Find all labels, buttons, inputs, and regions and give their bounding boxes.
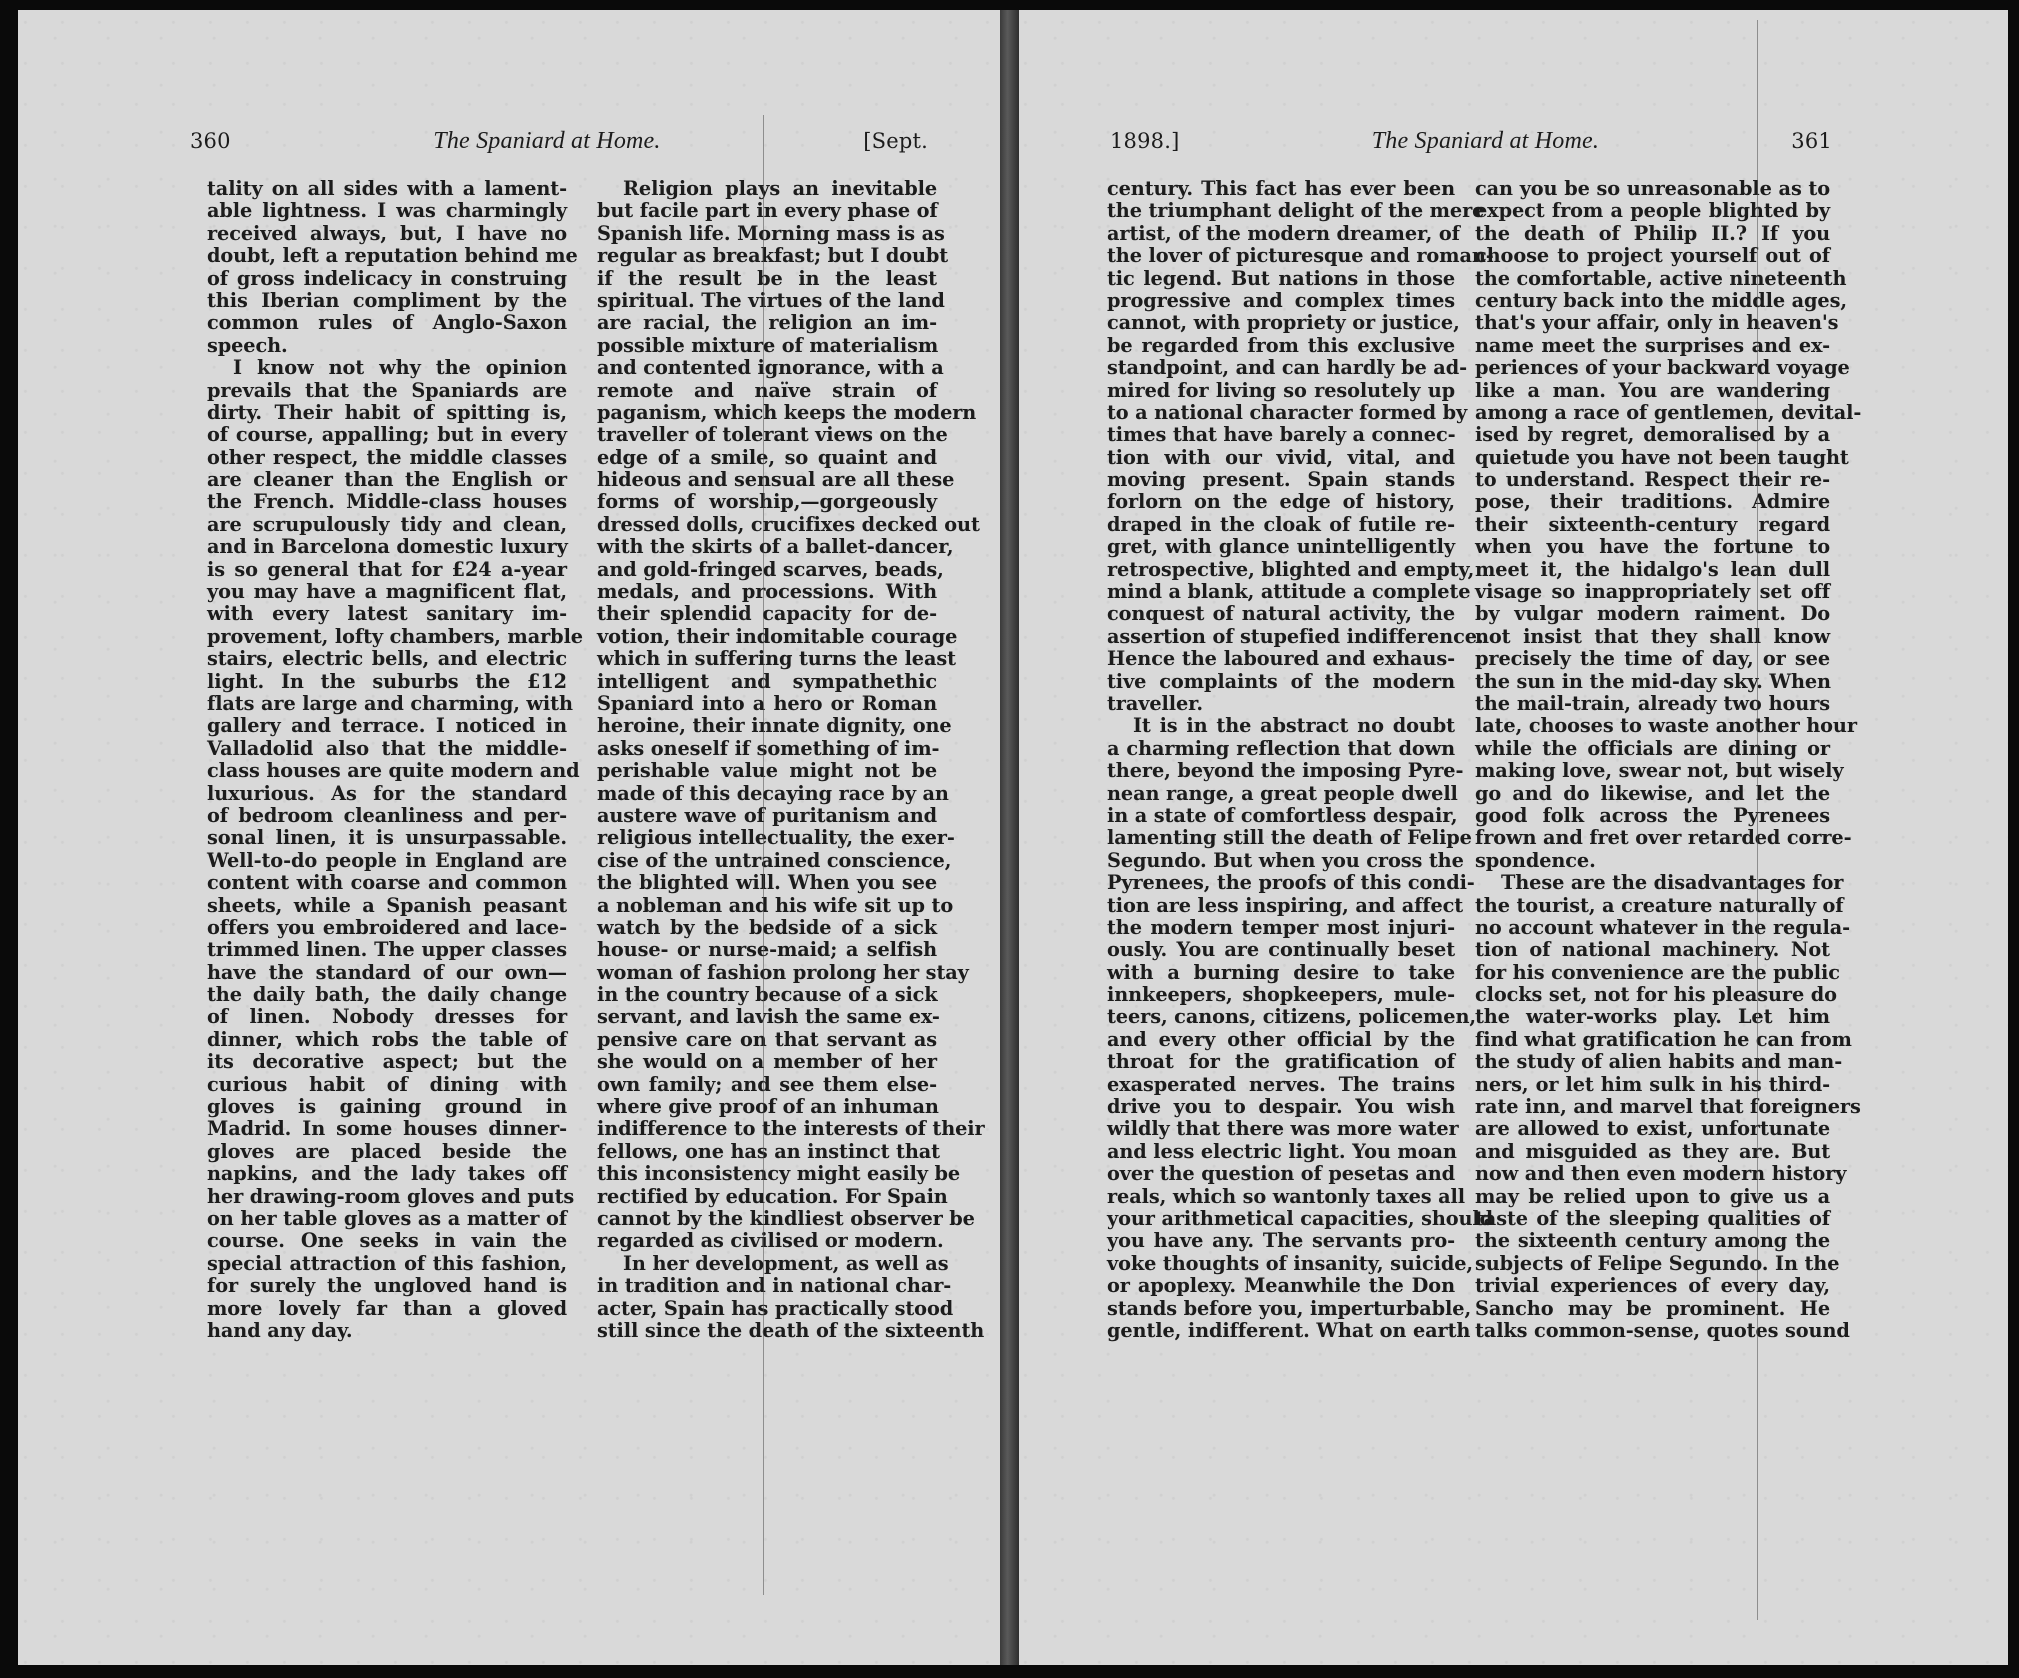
text-line: class houses are quite modern and: [207, 760, 567, 782]
text-line: but facile part in every phase of: [597, 200, 937, 222]
text-line: traveller of tolerant views on the: [597, 424, 937, 446]
text-line: where give proof of an inhuman: [597, 1096, 937, 1118]
text-line: pose, their traditions. Admire: [1475, 491, 1830, 513]
text-line: taste of the sleeping qualities of: [1475, 1208, 1830, 1230]
text-line: mired for living so resolutely up: [1107, 380, 1455, 402]
text-line: may be relied upon to give us a: [1475, 1186, 1830, 1208]
text-line: wildly that there was more water: [1107, 1118, 1455, 1140]
text-line: curious habit of dining with: [207, 1074, 567, 1096]
text-line: speech.: [207, 335, 567, 357]
text-line: with a burning desire to take: [1107, 962, 1455, 984]
text-line: in tradition and in national char-: [597, 1275, 937, 1297]
text-line: precisely the time of day, or see: [1475, 648, 1830, 670]
text-line: are scrupulously tidy and clean,: [207, 514, 567, 536]
text-line: innkeepers, shopkeepers, mule-: [1107, 984, 1455, 1006]
text-line: quietude you have not been taught: [1475, 447, 1830, 469]
text-line: made of this decaying race by an: [597, 783, 937, 805]
text-line: voke thoughts of insanity, suicide,: [1107, 1253, 1455, 1275]
text-line: votion, their indomitable courage: [597, 626, 937, 648]
text-line: content with coarse and common: [207, 872, 567, 894]
text-line: times that have barely a connec-: [1107, 424, 1455, 446]
text-line: artist, of the modern dreamer, of: [1107, 223, 1455, 245]
text-line: not insist that they shall know: [1475, 626, 1830, 648]
text-line: the death of Philip II.? If you: [1475, 223, 1830, 245]
text-line: In her development, as well as: [597, 1253, 937, 1275]
text-line: there, beyond the imposing Pyre-: [1107, 760, 1455, 782]
text-line: late, chooses to waste another hour: [1475, 715, 1830, 737]
text-line: perishable value might not be: [597, 760, 937, 782]
text-line: other respect, the middle classes: [207, 447, 567, 469]
right-running-head: 1898.] The Spaniard at Home. 361: [1110, 128, 1832, 155]
text-line: if the result be in the least: [597, 268, 937, 290]
text-line: retrospective, blighted and empty,: [1107, 559, 1455, 581]
text-line: the water-works play. Let him: [1475, 1006, 1830, 1028]
text-column-left-1: tality on all sides with a lament-able l…: [207, 178, 567, 1342]
text-line: a charming reflection that down: [1107, 738, 1455, 760]
text-line: austere wave of puritanism and: [597, 805, 937, 827]
page-number-right: 361: [1791, 129, 1832, 153]
text-line: when you have the fortune to: [1475, 536, 1830, 558]
text-line: I know not why the opinion: [207, 357, 567, 379]
text-line: Sancho may be prominent. He: [1475, 1298, 1830, 1320]
text-line: trivial experiences of every day,: [1475, 1275, 1830, 1297]
text-column-right-1: century. This fact has ever beenthe triu…: [1107, 178, 1455, 1342]
text-line: drive you to despair. You wish: [1107, 1096, 1455, 1118]
text-line: choose to project yourself out of: [1475, 245, 1830, 267]
text-line: in the country because of a sick: [597, 984, 937, 1006]
text-line: forms of worship,—gorgeously: [597, 491, 937, 513]
text-line: the daily bath, the daily change: [207, 984, 567, 1006]
text-line: offers you embroidered and lace-: [207, 917, 567, 939]
text-line: Hence the laboured and exhaus-: [1107, 648, 1455, 670]
text-line: of course, appalling; but in every: [207, 424, 567, 446]
text-line: gret, with glance unintelligently: [1107, 536, 1455, 558]
text-line: remote and naïve strain of: [597, 380, 937, 402]
text-line: over the question of pesetas and: [1107, 1163, 1455, 1185]
text-line: draped in the cloak of futile re-: [1107, 514, 1455, 536]
text-line: Spaniard into a hero or Roman: [597, 693, 937, 715]
text-line: the study of alien habits and man-: [1475, 1051, 1830, 1073]
text-line: gloves is gaining ground in: [207, 1096, 567, 1118]
text-line: she would on a member of her: [597, 1051, 937, 1073]
text-line: own family; and see them else-: [597, 1074, 937, 1096]
text-line: you have any. The servants pro-: [1107, 1230, 1455, 1252]
text-line: provement, lofty chambers, marble: [207, 626, 567, 648]
text-line: the modern temper most injuri-: [1107, 917, 1455, 939]
text-line: assertion of stupefied indifference.: [1107, 626, 1455, 648]
text-line: dirty. Their habit of spitting is,: [207, 402, 567, 424]
text-line: teers, canons, citizens, policemen,: [1107, 1006, 1455, 1028]
text-line: religious intellectuality, the exer-: [597, 827, 937, 849]
text-column-left-2: Religion plays an inevitablebut facile p…: [597, 178, 937, 1342]
text-line: and contented ignorance, with a: [597, 357, 937, 379]
text-line: ised by regret, demoralised by a: [1475, 424, 1830, 446]
text-line: cise of the untrained conscience,: [597, 850, 937, 872]
text-line: name meet the surprises and ex-: [1475, 335, 1830, 357]
text-line: no account whatever in the regula-: [1475, 917, 1830, 939]
text-line: your arithmetical capacities, should: [1107, 1208, 1455, 1230]
text-line: sonal linen, it is unsurpassable.: [207, 827, 567, 849]
text-line: can you be so unreasonable as to: [1475, 178, 1830, 200]
text-line: acter, Spain has practically stood: [597, 1298, 937, 1320]
text-line: Valladolid also that the middle-: [207, 738, 567, 760]
text-line: napkins, and the lady takes off: [207, 1163, 567, 1185]
text-line: the French. Middle-class houses: [207, 491, 567, 513]
text-line: now and then even modern history: [1475, 1163, 1830, 1185]
text-line: luxurious. As for the standard: [207, 783, 567, 805]
text-line: dinner, which robs the table of: [207, 1029, 567, 1051]
text-line: moving present. Spain stands: [1107, 469, 1455, 491]
text-line: the comfortable, active nineteenth: [1475, 268, 1830, 290]
text-line: course. One seeks in vain the: [207, 1230, 567, 1252]
text-line: meet it, the hidalgo's lean dull: [1475, 559, 1830, 581]
text-line: intelligent and sympathethic: [597, 671, 937, 693]
text-line: century. This fact has ever been: [1107, 178, 1455, 200]
text-line: periences of your backward voyage: [1475, 357, 1830, 379]
text-line: to a national character formed by: [1107, 402, 1455, 424]
text-line: house- or nurse-maid; a selfish: [597, 939, 937, 961]
text-line: rectified by education. For Spain: [597, 1186, 937, 1208]
text-line: tion of national machinery. Not: [1475, 939, 1830, 961]
text-line: go and do likewise, and let the: [1475, 783, 1830, 805]
text-line: talks common-sense, quotes sound: [1475, 1320, 1830, 1342]
text-line: still since the death of the sixteenth: [597, 1320, 937, 1342]
text-line: have the standard of our own—: [207, 962, 567, 984]
text-line: regarded as civilised or modern.: [597, 1230, 937, 1252]
text-line: her drawing-room gloves and puts: [207, 1186, 567, 1208]
text-line: its decorative aspect; but the: [207, 1051, 567, 1073]
text-line: stairs, electric bells, and electric: [207, 648, 567, 670]
text-line: are cleaner than the English or: [207, 469, 567, 491]
text-line: tive complaints of the modern: [1107, 671, 1455, 693]
text-line: be regarded from this exclusive: [1107, 335, 1455, 357]
text-line: the blighted will. When you see: [597, 872, 937, 894]
scan-line-left: [763, 115, 764, 1595]
scan-line-right: [1757, 20, 1758, 1620]
text-line: by vulgar modern raiment. Do: [1475, 603, 1830, 625]
text-line: good folk across the Pyrenees: [1475, 805, 1830, 827]
text-line: is so general that for £24 a-year: [207, 559, 567, 581]
text-line: spiritual. The virtues of the land: [597, 290, 937, 312]
page-number-left: 360: [190, 129, 231, 153]
text-line: ners, or let him sulk in his third-: [1475, 1074, 1830, 1096]
text-line: It is in the abstract no doubt: [1107, 715, 1455, 737]
text-line: flats are large and charming, with: [207, 693, 567, 715]
text-line: which in suffering turns the least: [597, 648, 937, 670]
book-gutter: [1000, 10, 1019, 1665]
text-line: received always, but, I have no: [207, 223, 567, 245]
text-line: nean range, a great people dwell: [1107, 783, 1455, 805]
text-line: doubt, left a reputation behind me: [207, 245, 567, 267]
text-line: forlorn on the edge of history,: [1107, 491, 1455, 513]
text-line: hand any day.: [207, 1320, 567, 1342]
text-line: on her table gloves as a matter of: [207, 1208, 567, 1230]
text-line: edge of a smile, so quaint and: [597, 447, 937, 469]
text-line: while the officials are dining or: [1475, 738, 1830, 760]
left-running-head: 360 The Spaniard at Home. [Sept.: [190, 128, 928, 155]
text-line: tic legend. But nations in those: [1107, 268, 1455, 290]
text-line: the triumphant delight of the mere: [1107, 200, 1455, 222]
text-line: clocks set, not for his pleasure do: [1475, 984, 1830, 1006]
text-line: gloves are placed beside the: [207, 1141, 567, 1163]
text-line: frown and fret over retarded corre-: [1475, 827, 1830, 849]
text-line: heroine, their innate dignity, one: [597, 715, 937, 737]
text-line: stands before you, imperturbable,: [1107, 1298, 1455, 1320]
text-line: visage so inappropriately set off: [1475, 581, 1830, 603]
text-line: Segundo. But when you cross the: [1107, 850, 1455, 872]
text-line: special attraction of this fashion,: [207, 1253, 567, 1275]
text-line: able lightness. I was charmingly: [207, 200, 567, 222]
text-line: are racial, the religion an im-: [597, 312, 937, 334]
text-line: asks oneself if something of im-: [597, 738, 937, 760]
text-line: and in Barcelona domestic luxury: [207, 536, 567, 558]
text-line: Madrid. In some houses dinner-: [207, 1118, 567, 1140]
text-line: mind a blank, attitude a complete: [1107, 581, 1455, 603]
text-line: reals, which so wantonly taxes all: [1107, 1186, 1455, 1208]
text-line: conquest of natural activity, the: [1107, 603, 1455, 625]
text-line: a nobleman and his wife sit up to: [597, 895, 937, 917]
text-line: regular as breakfast; but I doubt: [597, 245, 937, 267]
text-line: century back into the middle ages,: [1475, 290, 1830, 312]
text-line: expect from a people blighted by: [1475, 200, 1830, 222]
text-line: their splendid capacity for de-: [597, 603, 937, 625]
text-line: pensive care on that servant as: [597, 1029, 937, 1051]
text-line: making love, swear not, but wisely: [1475, 760, 1830, 782]
text-line: or apoplexy. Meanwhile the Don: [1107, 1275, 1455, 1297]
date-mark-left: [Sept.: [863, 129, 928, 153]
text-line: progressive and complex times: [1107, 290, 1455, 312]
text-line: dressed dolls, crucifixes decked out: [597, 514, 937, 536]
text-line: of bedroom cleanliness and per-: [207, 805, 567, 827]
text-line: lamenting still the death of Felipe: [1107, 827, 1455, 849]
text-line: for his convenience are the public: [1475, 962, 1830, 984]
text-line: their sixteenth-century regard: [1475, 514, 1830, 536]
text-line: the mail-train, already two hours: [1475, 693, 1830, 715]
text-line: you may have a magnificent flat,: [207, 581, 567, 603]
text-line: medals, and processions. With: [597, 581, 937, 603]
text-line: cannot by the kindliest observer be: [597, 1208, 937, 1230]
text-line: that's your affair, only in heaven's: [1475, 312, 1830, 334]
text-line: this Iberian compliment by the: [207, 290, 567, 312]
text-line: subjects of Felipe Segundo. In the: [1475, 1253, 1830, 1275]
text-line: throat for the gratification of: [1107, 1051, 1455, 1073]
text-line: gentle, indifferent. What on earth: [1107, 1320, 1455, 1342]
text-line: find what gratification he can from: [1475, 1029, 1830, 1051]
text-line: the lover of picturesque and roman-: [1107, 245, 1455, 267]
text-line: more lovely far than a gloved: [207, 1298, 567, 1320]
text-line: rate inn, and marvel that foreigners: [1475, 1096, 1830, 1118]
text-line: Well-to-do people in England are: [207, 850, 567, 872]
text-line: light. In the suburbs the £12: [207, 671, 567, 693]
text-line: like a man. You are wandering: [1475, 380, 1830, 402]
running-title-right: The Spaniard at Home.: [1372, 128, 1599, 155]
text-line: this inconsistency might easily be: [597, 1163, 937, 1185]
text-line: in a state of comfortless despair,: [1107, 805, 1455, 827]
text-line: and every other official by the: [1107, 1029, 1455, 1051]
text-line: among a race of gentlemen, devital-: [1475, 402, 1830, 424]
text-line: gallery and terrace. I noticed in: [207, 715, 567, 737]
text-line: standpoint, and can hardly be ad-: [1107, 357, 1455, 379]
text-line: the tourist, a creature naturally of: [1475, 895, 1830, 917]
text-line: Spanish life. Morning mass is as: [597, 223, 937, 245]
text-line: traveller.: [1107, 693, 1455, 715]
text-line: are allowed to exist, unfortunate: [1475, 1118, 1830, 1140]
text-line: cannot, with propriety or justice,: [1107, 312, 1455, 334]
text-line: paganism, which keeps the modern: [597, 402, 937, 424]
text-line: the sun in the mid-day sky. When: [1475, 671, 1830, 693]
text-line: prevails that the Spaniards are: [207, 380, 567, 402]
text-line: and misguided as they are. But: [1475, 1141, 1830, 1163]
text-column-right-2: can you be so unreasonable as toexpect f…: [1475, 178, 1830, 1342]
text-line: fellows, one has an instinct that: [597, 1141, 937, 1163]
text-line: and less electric light. You moan: [1107, 1141, 1455, 1163]
text-line: spondence.: [1475, 850, 1830, 872]
date-mark-right: 1898.]: [1110, 129, 1180, 153]
text-line: the sixteenth century among the: [1475, 1230, 1830, 1252]
text-line: and gold-fringed scarves, beads,: [597, 559, 937, 581]
text-line: indifference to the interests of their: [597, 1118, 937, 1140]
text-line: trimmed linen. The upper classes: [207, 939, 567, 961]
text-line: common rules of Anglo-Saxon: [207, 312, 567, 334]
text-line: tion with our vivid, vital, and: [1107, 447, 1455, 469]
text-line: exasperated nerves. The trains: [1107, 1074, 1455, 1096]
running-title-left: The Spaniard at Home.: [433, 128, 660, 155]
text-line: tion are less inspiring, and affect: [1107, 895, 1455, 917]
text-line: sheets, while a Spanish peasant: [207, 895, 567, 917]
text-line: to understand. Respect their re-: [1475, 469, 1830, 491]
text-line: with every latest sanitary im-: [207, 603, 567, 625]
text-line: possible mixture of materialism: [597, 335, 937, 357]
text-line: woman of fashion prolong her stay: [597, 962, 937, 984]
text-line: ously. You are continually beset: [1107, 939, 1455, 961]
text-line: servant, and lavish the same ex-: [597, 1006, 937, 1028]
text-line: of gross indelicacy in construing: [207, 268, 567, 290]
text-line: watch by the bedside of a sick: [597, 917, 937, 939]
text-line: for surely the ungloved hand is: [207, 1275, 567, 1297]
text-line: Religion plays an inevitable: [597, 178, 937, 200]
text-line: with the skirts of a ballet-dancer,: [597, 536, 937, 558]
text-line: of linen. Nobody dresses for: [207, 1006, 567, 1028]
text-line: tality on all sides with a lament-: [207, 178, 567, 200]
text-line: hideous and sensual are all these: [597, 469, 937, 491]
text-line: These are the disadvantages for: [1475, 872, 1830, 894]
text-line: Pyrenees, the proofs of this condi-: [1107, 872, 1455, 894]
